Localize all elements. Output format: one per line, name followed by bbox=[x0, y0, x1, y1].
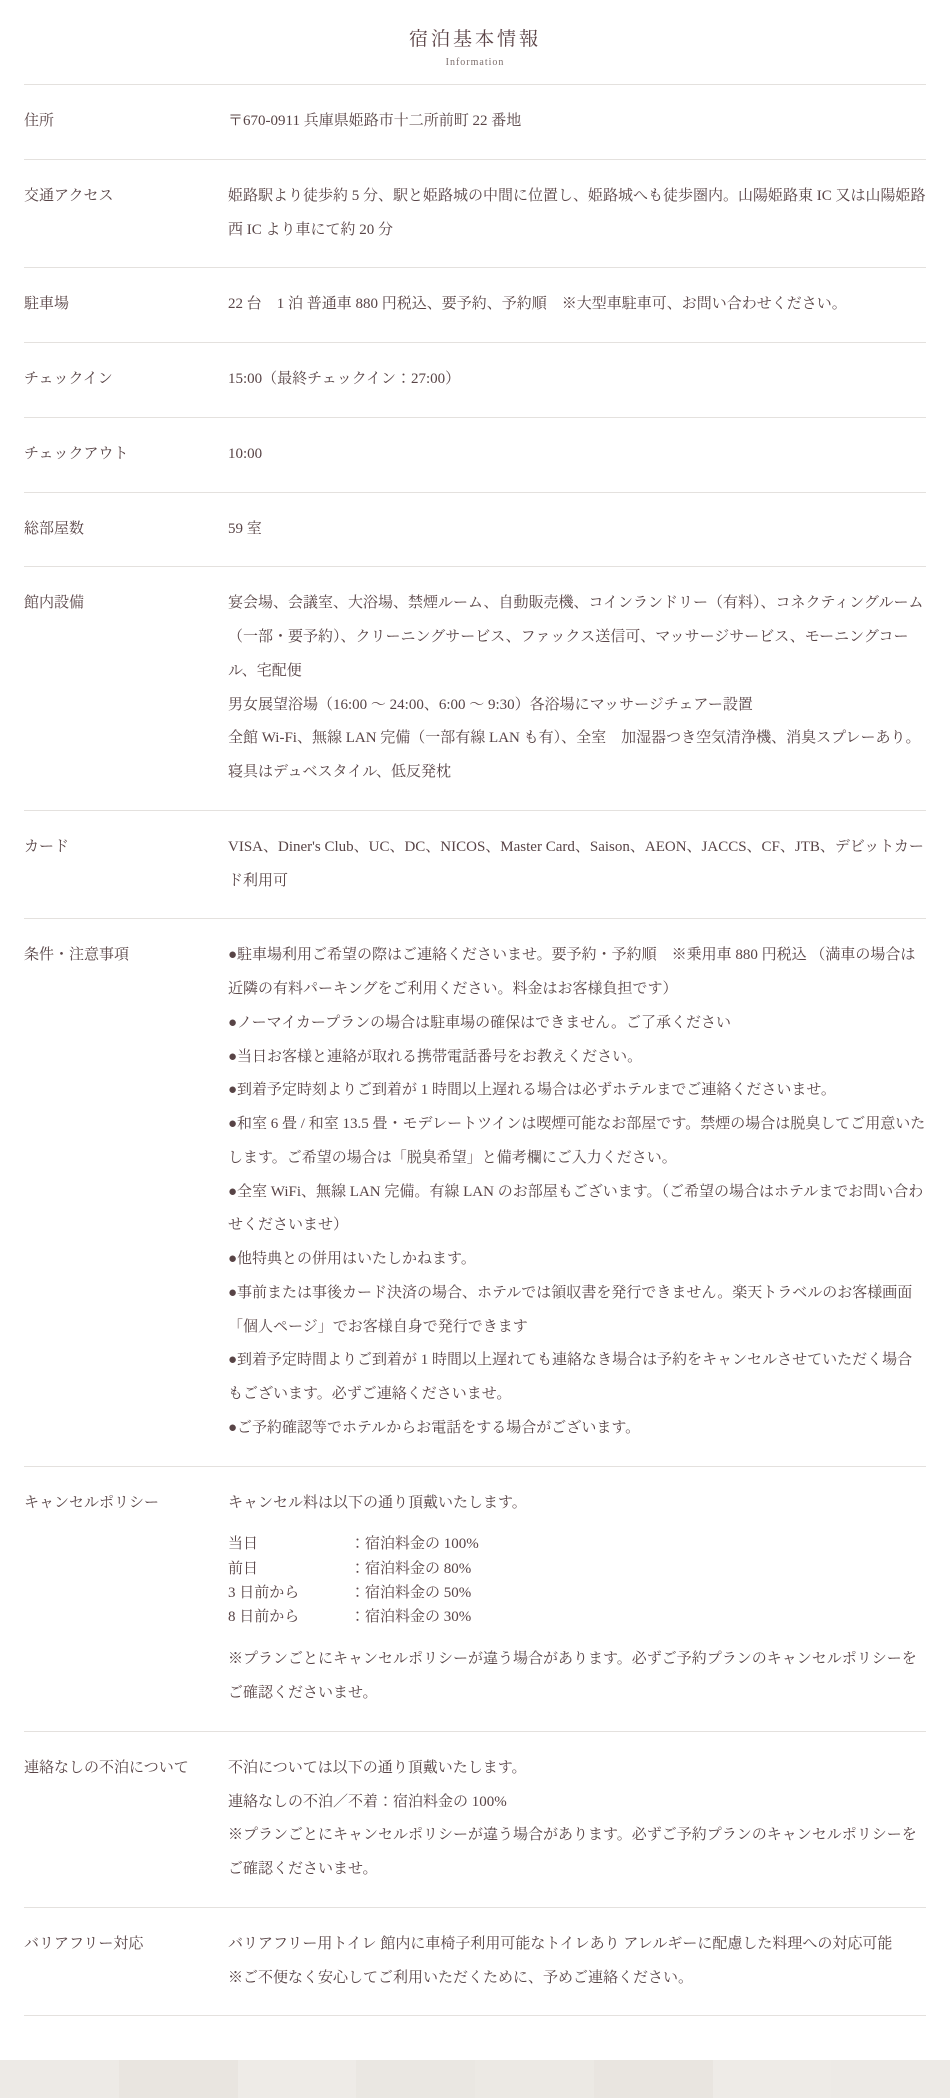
page-subtitle: Information bbox=[0, 57, 950, 68]
condition-item: ●他特典との併用はいたしかねます。 bbox=[228, 1243, 926, 1277]
condition-item: ●全室 WiFi、無線 LAN 完備。有線 LAN のお部屋もございます。（ご希… bbox=[228, 1176, 926, 1244]
condition-item: ●到着予定時間よりご到着が 1 時間以上遅れても連絡なき場合は予約をキャンセルさ… bbox=[228, 1344, 926, 1412]
row-label: 住所 bbox=[24, 105, 228, 139]
row-value: VISA、Diner's Club、UC、DC、NICOS、Master Car… bbox=[228, 831, 926, 899]
total-rooms-text: 59 室 bbox=[228, 513, 926, 547]
info-row-checkout: チェックアウト 10:00 bbox=[24, 418, 926, 493]
row-value: 姫路駅より徒歩約 5 分、駅と姫路城の中間に位置し、姫路城へも徒歩圏内。山陽姫路… bbox=[228, 180, 926, 248]
facilities-line: 男女展望浴場（16:00 ～ 24:00、6:00 ～ 9:30）各浴場にマッサ… bbox=[228, 689, 926, 723]
access-text: 姫路駅より徒歩約 5 分、駅と姫路城の中間に位置し、姫路城へも徒歩圏内。山陽姫路… bbox=[228, 180, 926, 248]
footer-strip-block bbox=[0, 2060, 119, 2098]
row-label: 館内設備 bbox=[24, 587, 228, 790]
policy-row: 前日 ：宿泊料金の 80% bbox=[228, 1557, 926, 1581]
row-value: 不泊については以下の通り頂戴いたします。 連絡なしの不泊／不着：宿泊料金の 10… bbox=[228, 1752, 926, 1887]
info-row-parking: 駐車場 22 台 1 泊 普通車 880 円税込、要予約、予約順 ※大型車駐車可… bbox=[24, 268, 926, 343]
info-row-cards: カード VISA、Diner's Club、UC、DC、NICOS、Master… bbox=[24, 811, 926, 920]
row-value: キャンセル料は以下の通り頂戴いたします。 当日 ：宿泊料金の 100% 前日 ：… bbox=[228, 1487, 926, 1711]
info-row-cancel-policy: キャンセルポリシー キャンセル料は以下の通り頂戴いたします。 当日 ：宿泊料金の… bbox=[24, 1467, 926, 1732]
barrier-free-line: ※ご不便なく安心してご利用いただくために、予めご連絡ください。 bbox=[228, 1962, 926, 1996]
row-label: チェックアウト bbox=[24, 438, 228, 472]
footer-photo-strip bbox=[0, 2060, 950, 2098]
row-label: バリアフリー対応 bbox=[24, 1928, 228, 1996]
row-label: チェックイン bbox=[24, 363, 228, 397]
no-show-line: ※プランごとにキャンセルポリシーが違う場合があります。必ずご予約プランのキャンセ… bbox=[228, 1819, 926, 1887]
condition-item: ●当日お客様と連絡が取れる携帯電話番号をお教えください。 bbox=[228, 1041, 926, 1075]
row-value: 59 室 bbox=[228, 513, 926, 547]
row-value: 22 台 1 泊 普通車 880 円税込、要予約、予約順 ※大型車駐車可、お問い… bbox=[228, 288, 926, 322]
policy-fee: ：宿泊料金の 50% bbox=[350, 1581, 926, 1605]
info-row-facilities: 館内設備 宴会場、会議室、大浴場、禁煙ルーム、自動販売機、コインランドリー（有料… bbox=[24, 567, 926, 811]
footer-strip-block bbox=[713, 2060, 832, 2098]
condition-item: ●駐車場利用ご希望の際はご連絡くださいませ。要予約・予約順 ※乗用車 880 円… bbox=[228, 939, 926, 1007]
facilities-line: 寝具はデュベスタイル、低反発枕 bbox=[228, 756, 926, 790]
policy-row: 3 日前から ：宿泊料金の 50% bbox=[228, 1581, 926, 1605]
row-label: カード bbox=[24, 831, 228, 899]
row-value: 〒670-0911 兵庫県姫路市十二所前町 22 番地 bbox=[228, 105, 926, 139]
condition-item: ●和室 6 畳 / 和室 13.5 畳・モデレートツインは喫煙可能なお部屋です。… bbox=[228, 1108, 926, 1176]
row-value: バリアフリー用トイレ 館内に車椅子利用可能なトイレあり アレルギーに配慮した料理… bbox=[228, 1928, 926, 1996]
no-show-line: 連絡なしの不泊／不着：宿泊料金の 100% bbox=[228, 1786, 926, 1820]
row-value: 10:00 bbox=[228, 438, 926, 472]
row-label: 条件・注意事項 bbox=[24, 939, 228, 1445]
footer-strip-block bbox=[475, 2060, 594, 2098]
hotel-info-page: 宿泊基本情報 Information 住所 〒670-0911 兵庫県姫路市十二… bbox=[0, 0, 950, 2098]
condition-item: ●ノーマイカープランの場合は駐車場の確保はできません。ご了承ください bbox=[228, 1007, 926, 1041]
info-row-address: 住所 〒670-0911 兵庫県姫路市十二所前町 22 番地 bbox=[24, 85, 926, 160]
footer-strip-block bbox=[119, 2060, 238, 2098]
footer-strip-block bbox=[238, 2060, 357, 2098]
policy-fee: ：宿泊料金の 30% bbox=[350, 1605, 926, 1629]
info-row-total-rooms: 総部屋数 59 室 bbox=[24, 493, 926, 568]
policy-when: 3 日前から bbox=[228, 1581, 350, 1605]
policy-row: 8 日前から ：宿泊料金の 30% bbox=[228, 1605, 926, 1629]
policy-row: 当日 ：宿泊料金の 100% bbox=[228, 1532, 926, 1556]
info-row-checkin: チェックイン 15:00（最終チェックイン：27:00） bbox=[24, 343, 926, 418]
address-text: 〒670-0911 兵庫県姫路市十二所前町 22 番地 bbox=[228, 105, 926, 139]
page-header: 宿泊基本情報 Information bbox=[0, 0, 950, 84]
policy-when: 8 日前から bbox=[228, 1605, 350, 1629]
info-row-conditions: 条件・注意事項 ●駐車場利用ご希望の際はご連絡くださいませ。要予約・予約順 ※乗… bbox=[24, 919, 926, 1466]
barrier-free-line: バリアフリー用トイレ 館内に車椅子利用可能なトイレあり アレルギーに配慮した料理… bbox=[228, 1928, 926, 1962]
footer-strip-block bbox=[831, 2060, 950, 2098]
condition-item: ●事前または事後カード決済の場合、ホテルでは領収書を発行できません。楽天トラベル… bbox=[228, 1277, 926, 1345]
row-value: 15:00（最終チェックイン：27:00） bbox=[228, 363, 926, 397]
policy-when: 当日 bbox=[228, 1532, 350, 1556]
condition-item: ●到着予定時刻よりご到着が 1 時間以上遅れる場合は必ずホテルまでご連絡ください… bbox=[228, 1074, 926, 1108]
no-show-line: 不泊については以下の通り頂戴いたします。 bbox=[228, 1752, 926, 1786]
info-row-barrier-free: バリアフリー対応 バリアフリー用トイレ 館内に車椅子利用可能なトイレあり アレル… bbox=[24, 1908, 926, 2017]
facilities-line: 宴会場、会議室、大浴場、禁煙ルーム、自動販売機、コインランドリー（有料）、コネク… bbox=[228, 587, 926, 688]
condition-item: ●ご予約確認等でホテルからお電話をする場合がございます。 bbox=[228, 1412, 926, 1446]
row-label: 総部屋数 bbox=[24, 513, 228, 547]
checkin-text: 15:00（最終チェックイン：27:00） bbox=[228, 363, 926, 397]
row-label: 交通アクセス bbox=[24, 180, 228, 248]
cancel-policy-intro: キャンセル料は以下の通り頂戴いたします。 bbox=[228, 1487, 926, 1521]
facilities-line: 全館 Wi-Fi、無線 LAN 完備（一部有線 LAN も有）、全室 加湿器つき… bbox=[228, 722, 926, 756]
policy-fee: ：宿泊料金の 100% bbox=[350, 1532, 926, 1556]
info-row-no-show: 連絡なしの不泊について 不泊については以下の通り頂戴いたします。 連絡なしの不泊… bbox=[24, 1732, 926, 1908]
info-row-access: 交通アクセス 姫路駅より徒歩約 5 分、駅と姫路城の中間に位置し、姫路城へも徒歩… bbox=[24, 160, 926, 269]
policy-fee: ：宿泊料金の 80% bbox=[350, 1557, 926, 1581]
cards-text: VISA、Diner's Club、UC、DC、NICOS、Master Car… bbox=[228, 831, 926, 899]
cancel-policy-note: ※プランごとにキャンセルポリシーが違う場合があります。必ずご予約プランのキャンセ… bbox=[228, 1643, 926, 1711]
hotel-info-table: 住所 〒670-0911 兵庫県姫路市十二所前町 22 番地 交通アクセス 姫路… bbox=[24, 84, 926, 2016]
footer-strip-block bbox=[356, 2060, 475, 2098]
checkout-text: 10:00 bbox=[228, 438, 926, 472]
row-label: キャンセルポリシー bbox=[24, 1487, 228, 1711]
footer-strip-block bbox=[594, 2060, 713, 2098]
footer-spacer bbox=[0, 2016, 950, 2060]
row-label: 駐車場 bbox=[24, 288, 228, 322]
row-value: ●駐車場利用ご希望の際はご連絡くださいませ。要予約・予約順 ※乗用車 880 円… bbox=[228, 939, 926, 1445]
row-label: 連絡なしの不泊について bbox=[24, 1752, 228, 1887]
cancel-policy-table: 当日 ：宿泊料金の 100% 前日 ：宿泊料金の 80% 3 日前から ：宿泊料… bbox=[228, 1532, 926, 1629]
page-title: 宿泊基本情報 bbox=[0, 24, 950, 51]
row-value: 宴会場、会議室、大浴場、禁煙ルーム、自動販売機、コインランドリー（有料）、コネク… bbox=[228, 587, 926, 790]
policy-when: 前日 bbox=[228, 1557, 350, 1581]
parking-text: 22 台 1 泊 普通車 880 円税込、要予約、予約順 ※大型車駐車可、お問い… bbox=[228, 288, 926, 322]
